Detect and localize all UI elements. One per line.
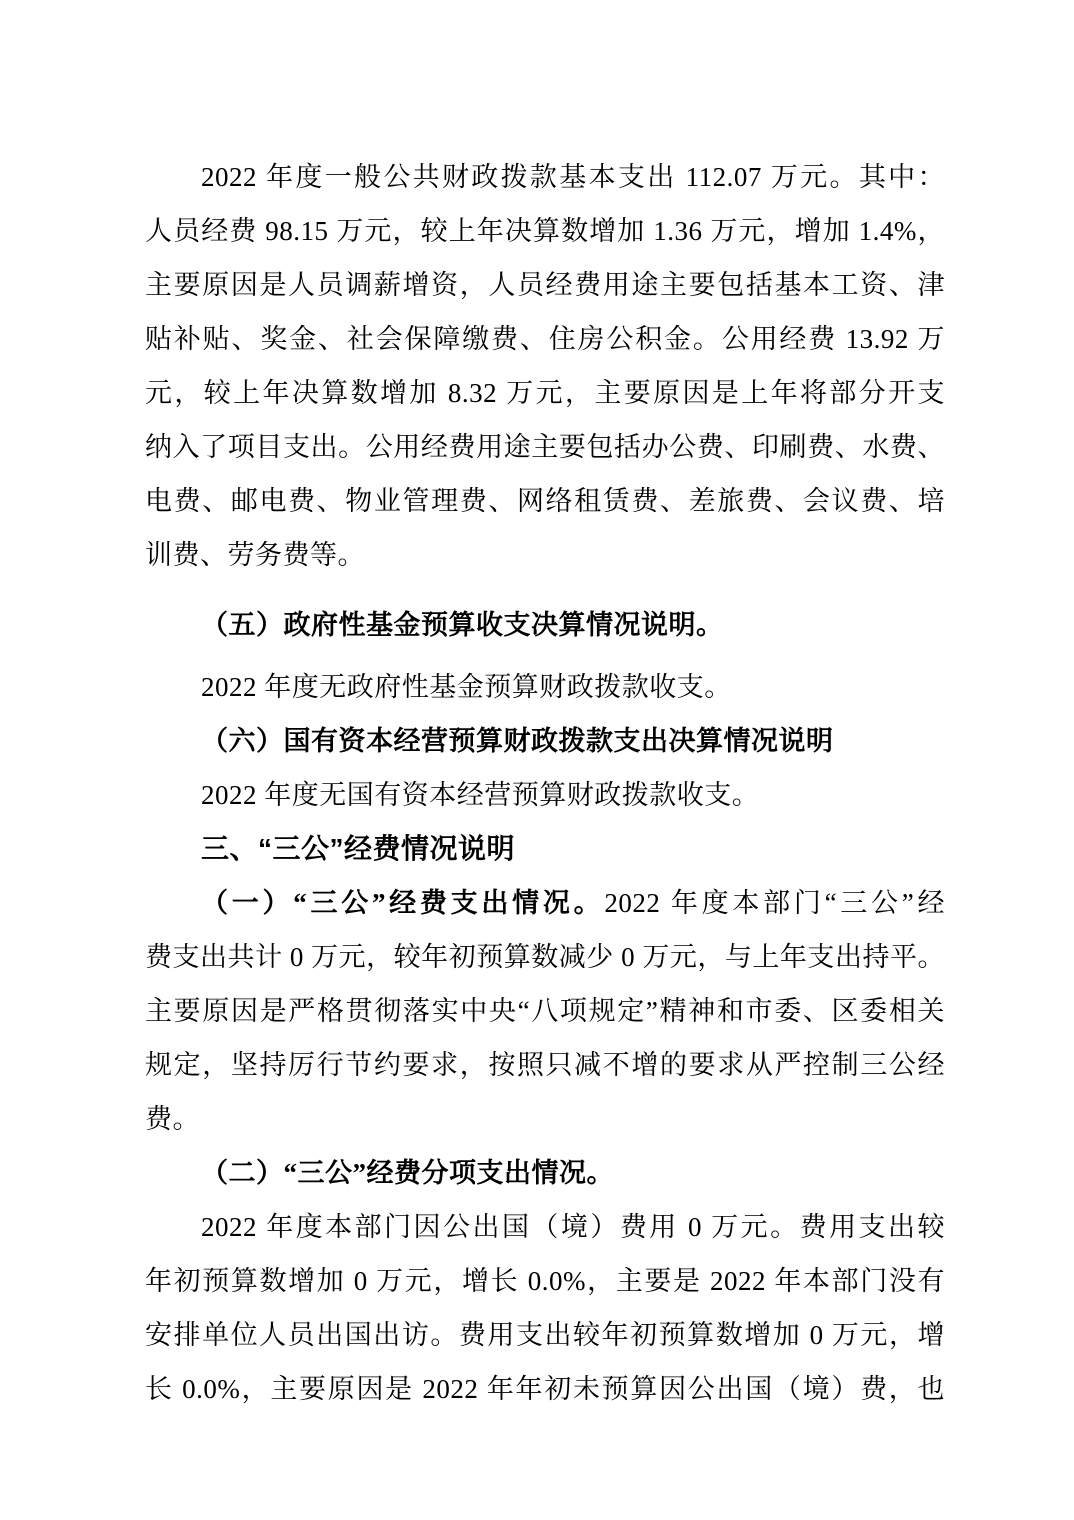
paragraph-line: 元，较上年决算数增加 8.32 万元，主要原因是上年将部分开支 xyxy=(145,366,945,420)
paragraph-line: 2022 年度无政府性基金预算财政拨款收支。 xyxy=(145,660,945,714)
paragraph-line: 2022 年度本部门因公出国（境）费用 0 万元。费用支出较 xyxy=(145,1200,945,1254)
paragraph-line: 人员经费 98.15 万元，较上年决算数增加 1.36 万元，增加 1.4%， xyxy=(145,204,945,258)
paragraph-line: 纳入了项目支出。公用经费用途主要包括办公费、印刷费、水费、 xyxy=(145,420,945,474)
inline-subheading-1: （一）“三公”经费支出情况。 xyxy=(201,888,604,918)
paragraph-line: 长 0.0%，主要原因是 2022 年年初未预算因公出国（境）费，也 xyxy=(145,1362,945,1416)
paragraph-line: （一）“三公”经费支出情况。2022 年度本部门“三公”经 xyxy=(145,876,945,930)
document-page: 2022 年度一般公共财政拨款基本支出 112.07 万元。其中： 人员经费 9… xyxy=(0,0,1074,1520)
paragraph-line: 主要原因是严格贯彻落实中央“八项规定”精神和市委、区委相关 xyxy=(145,984,945,1038)
paragraph-line: 费。 xyxy=(145,1092,945,1146)
section-heading-2: （二）“三公”经费分项支出情况。 xyxy=(145,1146,945,1200)
paragraph-line: 2022 年度无国有资本经营预算财政拨款收支。 xyxy=(145,768,945,822)
paragraph-line: 费支出共计 0 万元，较年初预算数减少 0 万元，与上年支出持平。 xyxy=(145,930,945,984)
document-body: 2022 年度一般公共财政拨款基本支出 112.07 万元。其中： 人员经费 9… xyxy=(145,150,945,1416)
paragraph-line: 2022 年度一般公共财政拨款基本支出 112.07 万元。其中： xyxy=(145,150,945,204)
paragraph-line: 规定，坚持厉行节约要求，按照只减不增的要求从严控制三公经 xyxy=(145,1038,945,1092)
paragraph-line: 训费、劳务费等。 xyxy=(145,528,945,582)
section-heading-6: （六）国有资本经营预算财政拨款支出决算情况说明 xyxy=(145,714,945,768)
paragraph-line: 年初预算数增加 0 万元，增长 0.0%，主要是 2022 年本部门没有 xyxy=(145,1254,945,1308)
section-heading-5: （五）政府性基金预算收支决算情况说明。 xyxy=(145,598,945,652)
paragraph-text: 2022 年度本部门“三公”经 xyxy=(604,888,945,918)
paragraph-line: 贴补贴、奖金、社会保障缴费、住房公积金。公用经费 13.92 万 xyxy=(145,312,945,366)
paragraph-line: 电费、邮电费、物业管理费、网络租赁费、差旅费、会议费、培 xyxy=(145,474,945,528)
chapter-heading-3: 三、“三公”经费情况说明 xyxy=(145,822,945,876)
paragraph-line: 安排单位人员出国出访。费用支出较年初预算数增加 0 万元，增 xyxy=(145,1308,945,1362)
paragraph-line: 主要原因是人员调薪增资，人员经费用途主要包括基本工资、津 xyxy=(145,258,945,312)
